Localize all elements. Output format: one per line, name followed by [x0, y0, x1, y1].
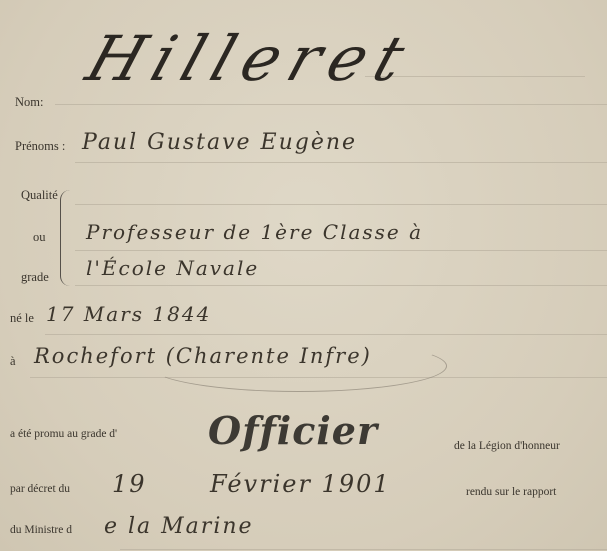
- ministre-label: du Ministre d: [10, 524, 72, 536]
- rule-line: [75, 250, 607, 251]
- qualite-line1: Professeur de 1ère Classe à: [86, 220, 423, 244]
- nom-value: Hilleret: [78, 22, 423, 95]
- brace-icon: [60, 190, 75, 286]
- a-label: à: [10, 354, 16, 369]
- qualite-line2: l'École Navale: [86, 256, 259, 280]
- decret-month-year: Février 1901: [210, 470, 391, 498]
- ne-le-label: né le: [10, 311, 34, 326]
- qualite-label: Qualité: [21, 188, 58, 203]
- flourish-icon: [150, 340, 447, 392]
- rapport-label: rendu sur le rapport: [466, 486, 556, 498]
- grade-title: Officier: [208, 408, 378, 453]
- decret-day: 19: [112, 470, 147, 498]
- rule-line: [75, 285, 607, 286]
- rule-line: [55, 104, 607, 105]
- rule-line: [45, 334, 607, 335]
- ou-label: ou: [33, 230, 46, 245]
- legion-label: de la Légion d'honneur: [454, 440, 560, 452]
- rule-line: [120, 549, 607, 550]
- nom-label: Nom:: [15, 95, 43, 110]
- birth-date: 17 Mars 1844: [46, 302, 211, 326]
- grade-label: grade: [21, 270, 49, 285]
- rule-line: [75, 204, 607, 205]
- prenoms-value: Paul Gustave Eugène: [82, 130, 357, 155]
- decret-label: par décret du: [10, 483, 70, 495]
- prenoms-label: Prénoms :: [15, 139, 65, 154]
- rule-line: [75, 162, 607, 163]
- ministre-value: e la Marine: [104, 514, 254, 539]
- promu-label: a été promu au grade d': [10, 428, 117, 440]
